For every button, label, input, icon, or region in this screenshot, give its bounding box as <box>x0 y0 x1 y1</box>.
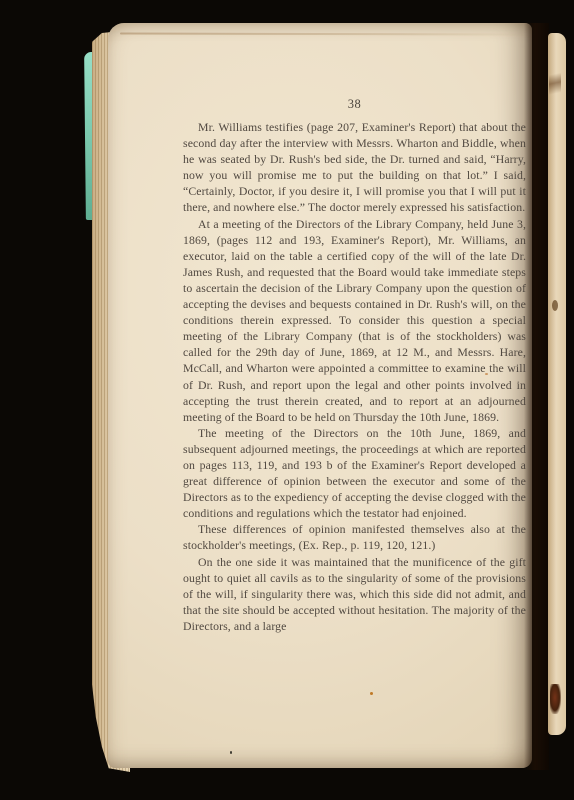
paragraph: The meeting of the Directors on the 10th… <box>183 425 526 522</box>
gutter-shadow <box>524 23 549 770</box>
paper-speck <box>370 692 373 695</box>
page-crease <box>549 46 561 120</box>
paper-speck <box>230 751 232 754</box>
paragraph: Mr. Williams testifies (page 207, Examin… <box>183 119 526 216</box>
text-column: Mr. Williams testifies (page 207, Examin… <box>183 119 526 634</box>
page-number: 38 <box>183 97 526 112</box>
scan-frame: 38 Mr. Williams testifies (page 207, Exa… <box>0 0 574 800</box>
paragraph: On the one side it was maintained that t… <box>183 554 526 634</box>
paragraph: At a meeting of the Directors of the Lib… <box>183 216 526 425</box>
facing-page-edge <box>548 33 566 735</box>
page-stain <box>550 684 561 714</box>
edge-speck <box>552 300 558 311</box>
paper-speck <box>485 373 488 375</box>
paragraph: These differences of opinion manifested … <box>183 521 526 553</box>
